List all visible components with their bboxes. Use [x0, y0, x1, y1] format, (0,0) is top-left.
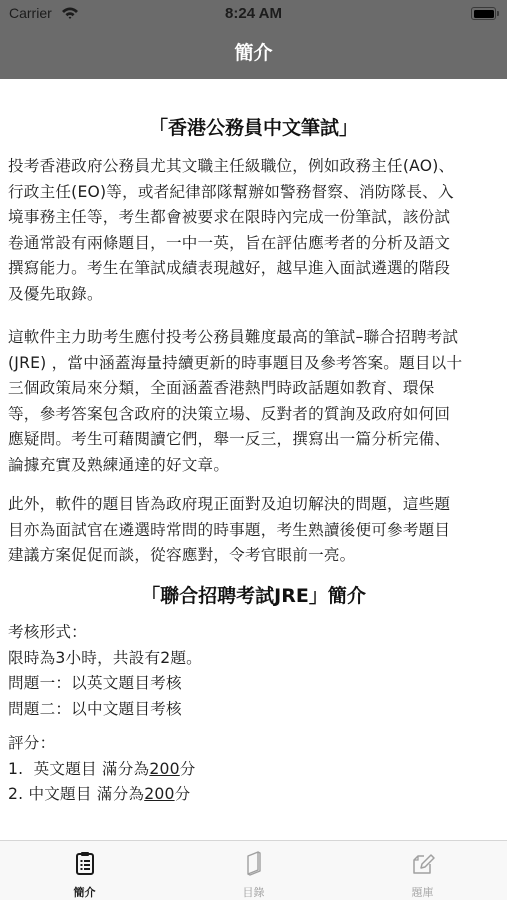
scoring-label: 評分：: [8, 731, 502, 757]
scoring-item: 1. 英文題目 滿分為200分: [8, 757, 502, 783]
tab-question-bank[interactable]: 題庫: [338, 841, 507, 900]
tab-label: 題庫: [338, 884, 507, 900]
text-line: (JRE) ，當中涵蓋海量持續更新的時事題目及參考答案。題目以十: [8, 351, 502, 377]
clipboard-list-icon: [72, 850, 98, 876]
item-subject: 英文題目: [34, 760, 97, 778]
exam-scoring: 評分： 1. 英文題目 滿分為200分 2. 中文題目 滿分為200分: [8, 731, 502, 808]
text-line: 及優先取錄。: [8, 282, 502, 308]
item-number: 2.: [8, 785, 23, 803]
book-icon: [241, 850, 267, 876]
text-line: 投考香港政府公務員尤其文職主任級職位，例如政務主任(AO)、: [8, 154, 502, 180]
intro-paragraph-1: 投考香港政府公務員尤其文職主任級職位，例如政務主任(AO)、 行政主任(EO)等…: [8, 154, 502, 308]
tab-intro[interactable]: 簡介: [0, 841, 169, 900]
item-score: 200: [149, 760, 179, 778]
text-line: 卷通常設有兩條題目，一中一英，旨在評估應考者的分析及語文: [8, 231, 502, 257]
status-bar: Carrier 8:24 AM: [0, 0, 507, 28]
header: Carrier 8:24 AM 簡介: [0, 0, 507, 79]
tab-contents[interactable]: 目錄: [169, 841, 338, 900]
item-unit: 分: [175, 785, 191, 803]
text-line: 應疑問。考生可藉閱讀它們，舉一反三，撰寫出一篇分析完備、: [8, 427, 502, 453]
item-prefix: 滿分為: [97, 785, 144, 803]
item-score: 200: [144, 785, 174, 803]
tab-label: 簡介: [0, 884, 169, 900]
item-prefix: 滿分為: [102, 760, 149, 778]
text-line: 行政主任(EO)等，或者紀律部隊幫辦如警務督察、消防隊長、入: [8, 180, 502, 206]
section-title-jre: 「聯合招聘考試JRE」簡介: [0, 581, 507, 608]
battery-full-icon: [471, 7, 499, 20]
text-line: 這軟件主力助考生應付投考公務員難度最高的筆試–聯合招聘考試: [8, 325, 502, 351]
text-line: 此外，軟件的題目皆為政府現正面對及迫切解決的問題，這些題: [8, 492, 502, 518]
exam-format: 考核形式： 限時為3小時，共設有2題。 問題一：以英文題目考核 問題二：以中文題…: [8, 620, 502, 722]
text-line: 目亦為面試官在遴選時常問的時事題，考生熟讀後便可參考題目: [8, 518, 502, 544]
format-line: 限時為3小時，共設有2題。: [8, 646, 502, 672]
item-subject: 中文題目: [28, 785, 91, 803]
text-line: 三個政策局來分類，全面涵蓋香港熱門時政話題如教育、環保: [8, 376, 502, 402]
section-title-civil-service-exam: 「香港公務員中文筆試」: [0, 113, 507, 140]
format-line: 問題二：以中文題目考核: [8, 697, 502, 723]
text-line: 等，參考答案包含政府的決策立場、反對者的質詢及政府如何回: [8, 402, 502, 428]
edit-pencil-icon: [410, 850, 436, 876]
format-line: 問題一：以英文題目考核: [8, 671, 502, 697]
item-unit: 分: [180, 760, 196, 778]
intro-paragraph-2: 這軟件主力助考生應付投考公務員難度最高的筆試–聯合招聘考試 (JRE) ，當中涵…: [8, 325, 502, 479]
text-line: 論據充實及熟練通達的好文章。: [8, 453, 502, 479]
page-title: 簡介: [0, 38, 507, 65]
tab-label: 目錄: [169, 884, 338, 900]
intro-paragraph-3: 此外，軟件的題目皆為政府現正面對及迫切解決的問題，這些題 目亦為面試官在遴選時常…: [8, 492, 502, 569]
text-line: 撰寫能力。考生在筆試成績表現越好，越早進入面試遴選的階段: [8, 256, 502, 282]
text-line: 境事務主任等，考生都會被要求在限時內完成一份筆試，該份試: [8, 205, 502, 231]
format-label: 考核形式：: [8, 620, 502, 646]
intro-scroll-view[interactable]: 「香港公務員中文筆試」 投考香港政府公務員尤其文職主任級職位，例如政務主任(AO…: [0, 79, 507, 839]
item-number: 1.: [8, 760, 23, 778]
tab-bar: 簡介 目錄 題庫: [0, 840, 507, 900]
status-time: 8:24 AM: [0, 5, 507, 22]
text-line: 建議方案促促而談，從容應對，令考官眼前一亮。: [8, 543, 502, 569]
scoring-item: 2. 中文題目 滿分為200分: [8, 782, 502, 808]
